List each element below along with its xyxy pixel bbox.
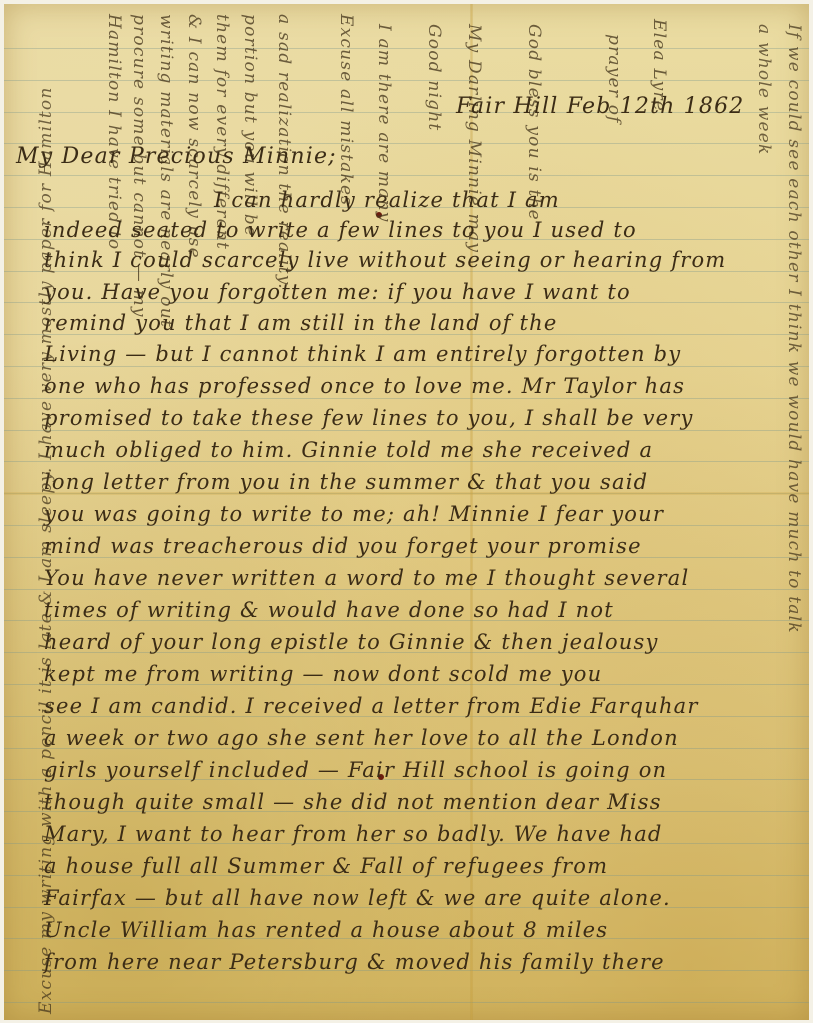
ruled-line <box>4 366 809 367</box>
body-line: Mary, I want to hear from her so badly. … <box>44 822 663 846</box>
right-margin-note: If we could see each other I think we wo… <box>784 24 804 634</box>
crossed-line: Hamilton I have tried to <box>104 14 124 250</box>
body-line: kept me from writing — now dont scold me… <box>44 662 602 686</box>
body-line: one who has professed once to love me. M… <box>44 374 685 398</box>
body-line: from here near Petersburg & moved his fa… <box>44 950 665 974</box>
crossed-line: Good night <box>424 24 444 131</box>
ruled-line <box>4 1002 809 1003</box>
body-line: Fairfax — but all have now left & we are… <box>44 886 671 910</box>
body-line: I can hardly realize that I am <box>214 188 560 212</box>
body-line: You have never written a word to me I th… <box>44 566 689 590</box>
body-line: long letter from you in the summer & tha… <box>44 470 648 494</box>
body-line: remind you that I am still in the land o… <box>44 311 558 335</box>
body-line: indeed seated to write a few lines to yo… <box>44 218 637 242</box>
body-line: heard of your long epistle to Ginnie & t… <box>44 630 659 654</box>
left-margin-note: Excuse my writing with a pencil it is la… <box>36 87 56 1015</box>
crossed-line: Excuse all mistakes <box>336 14 356 206</box>
body-line: Living — but I cannot think I am entirel… <box>44 342 681 366</box>
body-line: see I am candid. I received a letter fro… <box>44 694 699 718</box>
body-line: think I could scarcely live without seei… <box>44 248 726 272</box>
body-line: a week or two ago she sent her love to a… <box>44 726 679 750</box>
body-line: though quite small — she did not mention… <box>44 790 662 814</box>
body-line: girls yourself included — Fair Hill scho… <box>44 758 667 782</box>
body-line: you. Have you forgotten me: if you have … <box>44 280 631 304</box>
body-line: you was going to write to me; ah! Minnie… <box>44 502 664 526</box>
dateline: Fair Hill Feb 12th 1862 <box>456 94 744 119</box>
handwritten-letter: Hamilton I have tried to procure some bu… <box>4 4 809 1020</box>
ruled-line <box>4 48 809 49</box>
body-line: mind was treacherous did you forget your… <box>44 534 642 558</box>
ruled-line <box>4 175 809 176</box>
ruled-line <box>4 398 809 399</box>
right-margin-note-2: a whole week <box>754 24 774 156</box>
body-line: much obliged to him. Ginnie told me she … <box>44 438 653 462</box>
body-line: a house full all Summer & Fall of refuge… <box>44 854 608 878</box>
ruled-line <box>4 430 809 431</box>
body-line: times of writing & would have done so ha… <box>44 598 614 622</box>
body-line: Uncle William has rented a house about 8… <box>44 918 608 942</box>
body-line: promised to take these few lines to you,… <box>44 406 694 430</box>
ruled-line <box>4 80 809 81</box>
crossed-line: them for every different <box>212 14 232 250</box>
salutation: My Dear Precious Minnie; <box>16 144 337 169</box>
